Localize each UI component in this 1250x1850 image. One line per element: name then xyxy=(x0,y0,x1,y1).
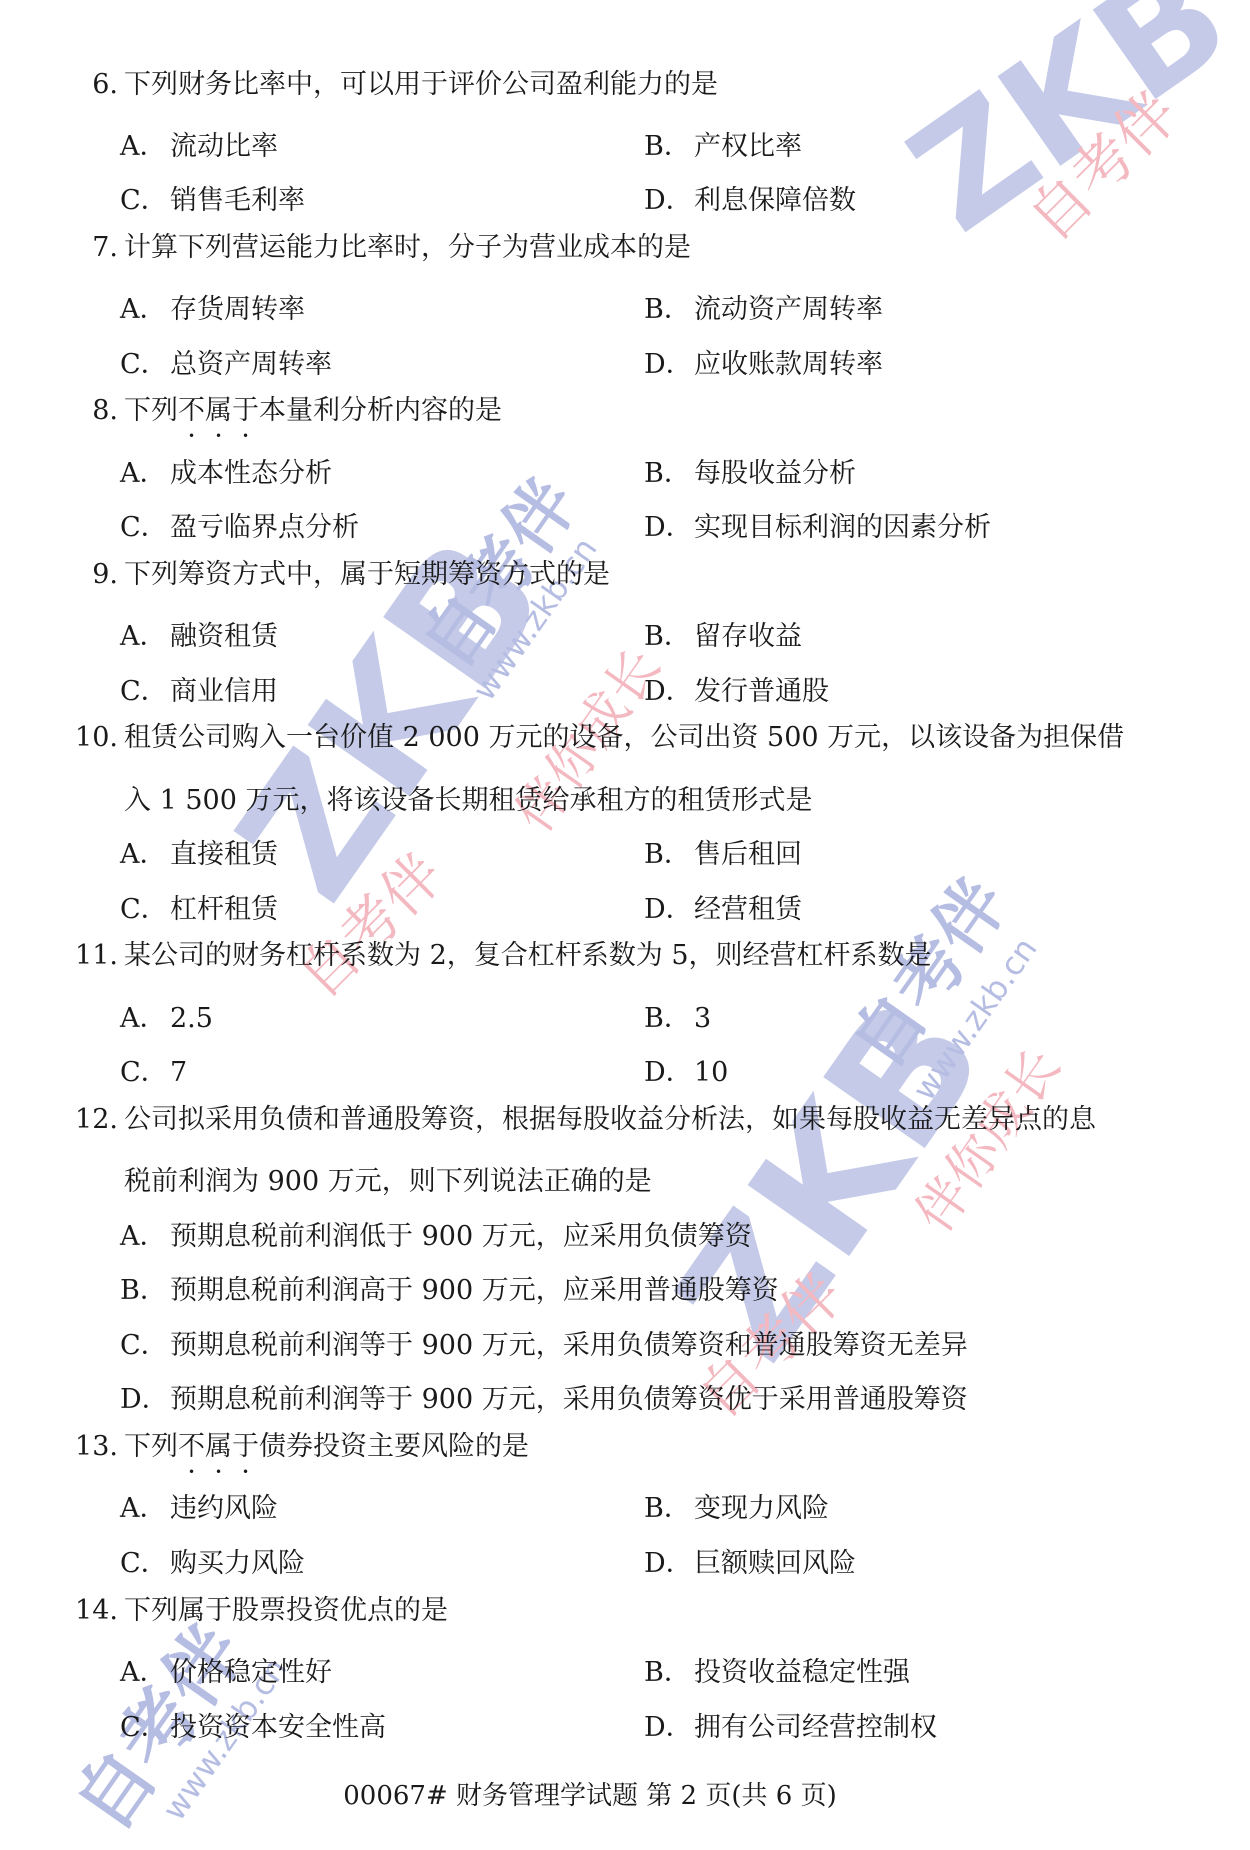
option-text: 流动资产周转率 xyxy=(694,294,883,325)
option-letter: D． xyxy=(644,505,694,544)
q7-option-c: C．总资产周转率 xyxy=(120,342,332,381)
page-footer: 00067# 财务管理学试题 第 2 页(共 6 页) xyxy=(0,1775,1180,1812)
option-letter: B． xyxy=(644,124,694,163)
option-text: 存货周转率 xyxy=(170,294,305,325)
option-letter: B． xyxy=(644,996,694,1035)
option-text: 发行普通股 xyxy=(694,676,829,707)
emphasis-char: 于 xyxy=(232,395,259,426)
option-letter: D． xyxy=(644,887,694,926)
option-letter: B． xyxy=(644,287,694,326)
option-text: 产权比率 xyxy=(694,131,802,162)
option-letter: D． xyxy=(644,1050,694,1089)
option-text: 购买力风险 xyxy=(170,1548,305,1579)
q11-option-d: D．10 xyxy=(644,1050,728,1089)
q8-option-c: C．盈亏临界点分析 xyxy=(120,505,359,544)
q12-option-d: D．预期息税前利润等于 900 万元，采用负债筹资优于采用普通股筹资 xyxy=(120,1377,968,1416)
option-text: 商业信用 xyxy=(170,676,278,707)
option-letter: A． xyxy=(120,832,170,871)
option-letter: C． xyxy=(120,1050,170,1089)
exam-page: 6.下列财务比率中，可以用于评价公司盈利能力的是 A．流动比率 B．产权比率 C… xyxy=(0,0,1250,1850)
question-10-continued: 入 1 500 万元，将该设备长期租赁给承租方的租赁形式是 xyxy=(124,778,812,817)
option-text: 留存收益 xyxy=(694,621,802,652)
q14-option-b: B．投资收益稳定性强 xyxy=(644,1650,910,1689)
question-stem: 下列筹资方式中，属于短期筹资方式的是 xyxy=(124,559,610,590)
q9-option-a: A．融资租赁 xyxy=(120,614,278,653)
q6-option-d: D．利息保障倍数 xyxy=(644,178,856,217)
q7-option-b: B．流动资产周转率 xyxy=(644,287,883,326)
option-letter: C． xyxy=(120,1541,170,1580)
q10-option-b: B．售后租回 xyxy=(644,832,802,871)
emphasis-char: 不 xyxy=(178,395,205,426)
option-text: 直接租赁 xyxy=(170,839,278,870)
option-text: 2.5 xyxy=(170,1003,213,1034)
emphasis-char: 属 xyxy=(205,1431,232,1462)
q9-option-b: B．留存收益 xyxy=(644,614,802,653)
q12-option-a: A．预期息税前利润低于 900 万元，应采用负债筹资 xyxy=(120,1214,752,1253)
option-letter: A． xyxy=(120,287,170,326)
option-text: 拥有公司经营控制权 xyxy=(694,1712,937,1743)
option-text: 售后租回 xyxy=(694,839,802,870)
option-letter: D． xyxy=(644,342,694,381)
option-text: 预期息税前利润等于 900 万元，采用负债筹资优于采用普通股筹资 xyxy=(170,1384,968,1415)
question-stem: 下列财务比率中，可以用于评价公司盈利能力的是 xyxy=(124,69,718,100)
question-stem: 计算下列营运能力比率时，分子为营业成本的是 xyxy=(124,232,691,263)
option-letter: A． xyxy=(120,614,170,653)
q11-option-a: A．2.5 xyxy=(120,996,213,1035)
option-text: 预期息税前利润等于 900 万元，采用负债筹资和普通股筹资无差异 xyxy=(170,1330,968,1361)
question-7: 7.计算下列营运能力比率时，分子为营业成本的是 xyxy=(62,233,691,263)
q14-option-d: D．拥有公司经营控制权 xyxy=(644,1705,937,1744)
question-6: 6.下列财务比率中，可以用于评价公司盈利能力的是 xyxy=(62,70,718,100)
question-number: 14. xyxy=(62,1596,118,1626)
q6-option-b: B．产权比率 xyxy=(644,124,802,163)
option-letter: D． xyxy=(644,178,694,217)
option-text: 预期息税前利润高于 900 万元，应采用普通股筹资 xyxy=(170,1275,779,1306)
emphasis-char: 不 xyxy=(178,1431,205,1462)
option-letter: C． xyxy=(120,342,170,381)
question-9: 9.下列筹资方式中，属于短期筹资方式的是 xyxy=(62,560,610,590)
question-number: 12. xyxy=(62,1105,118,1135)
question-8: 8.下列不属于本量利分析内容的是 xyxy=(62,396,502,426)
option-text: 融资租赁 xyxy=(170,621,278,652)
option-letter: D． xyxy=(644,1705,694,1744)
q9-option-d: D．发行普通股 xyxy=(644,669,829,708)
option-text: 每股收益分析 xyxy=(694,458,856,489)
question-stem: 公司拟采用负债和普通股筹资，根据每股收益分析法，如果每股收益无差异点的息 xyxy=(124,1104,1096,1135)
option-text: 销售毛利率 xyxy=(170,185,305,216)
q10-option-c: C．杠杆租赁 xyxy=(120,887,278,926)
option-letter: A． xyxy=(120,996,170,1035)
option-letter: A． xyxy=(120,1650,170,1689)
q11-option-c: C．7 xyxy=(120,1050,187,1089)
q13-option-c: C．购买力风险 xyxy=(120,1541,305,1580)
q10-option-a: A．直接租赁 xyxy=(120,832,278,871)
q10-option-d: D．经营租赁 xyxy=(644,887,802,926)
question-stem: 某公司的财务杠杆系数为 2，复合杠杆系数为 5，则经营杠杆系数是 xyxy=(124,940,932,971)
option-text: 投资资本安全性高 xyxy=(170,1712,386,1743)
q13-option-b: B．变现力风险 xyxy=(644,1486,829,1525)
option-letter: C． xyxy=(120,1705,170,1744)
q6-option-c: C．销售毛利率 xyxy=(120,178,305,217)
question-12: 12.公司拟采用负债和普通股筹资，根据每股收益分析法，如果每股收益无差异点的息 xyxy=(62,1105,1096,1135)
option-text: 变现力风险 xyxy=(694,1493,829,1524)
option-letter: A． xyxy=(120,451,170,490)
question-number: 11. xyxy=(62,941,118,971)
option-text: 利息保障倍数 xyxy=(694,185,856,216)
question-number: 7. xyxy=(62,233,118,263)
option-letter: D． xyxy=(644,669,694,708)
option-text: 应收账款周转率 xyxy=(694,349,883,380)
option-letter: C． xyxy=(120,1323,170,1362)
option-text: 违约风险 xyxy=(170,1493,278,1524)
option-text: 总资产周转率 xyxy=(170,349,332,380)
option-text: 实现目标利润的因素分析 xyxy=(694,512,991,543)
option-letter: C． xyxy=(120,669,170,708)
option-letter: B． xyxy=(644,832,694,871)
option-text: 盈亏临界点分析 xyxy=(170,512,359,543)
question-number: 13. xyxy=(62,1432,118,1462)
option-letter: B． xyxy=(644,1650,694,1689)
question-13: 13.下列不属于债券投资主要风险的是 xyxy=(62,1432,529,1462)
question-number: 6. xyxy=(62,70,118,100)
option-letter: D． xyxy=(644,1541,694,1580)
option-letter: A． xyxy=(120,1214,170,1253)
option-letter: A． xyxy=(120,1486,170,1525)
question-number: 8. xyxy=(62,396,118,426)
question-stem-post: 债券投资主要风险的是 xyxy=(259,1431,529,1462)
option-letter: C． xyxy=(120,887,170,926)
option-letter: B． xyxy=(120,1268,170,1307)
q13-option-d: D．巨额赎回风险 xyxy=(644,1541,856,1580)
q8-option-a: A．成本性态分析 xyxy=(120,451,332,490)
option-letter: B． xyxy=(644,614,694,653)
option-text: 价格稳定性好 xyxy=(170,1657,332,1688)
option-text: 成本性态分析 xyxy=(170,458,332,489)
option-text: 投资收益稳定性强 xyxy=(694,1657,910,1688)
option-text: 预期息税前利润低于 900 万元，应采用负债筹资 xyxy=(170,1221,752,1252)
q7-option-a: A．存货周转率 xyxy=(120,287,305,326)
q11-option-b: B．3 xyxy=(644,996,711,1035)
question-number: 10. xyxy=(62,723,118,753)
question-11: 11.某公司的财务杠杆系数为 2，复合杠杆系数为 5，则经营杠杆系数是 xyxy=(62,941,932,971)
q12-option-b: B．预期息税前利润高于 900 万元，应采用普通股筹资 xyxy=(120,1268,779,1307)
q8-option-d: D．实现目标利润的因素分析 xyxy=(644,505,991,544)
q9-option-c: C．商业信用 xyxy=(120,669,278,708)
question-stem-pre: 下列 xyxy=(124,1431,178,1462)
option-letter: C． xyxy=(120,178,170,217)
option-text: 流动比率 xyxy=(170,131,278,162)
question-stem: 下列属于股票投资优点的是 xyxy=(124,1595,448,1626)
question-12-continued: 税前利润为 900 万元，则下列说法正确的是 xyxy=(124,1159,652,1198)
question-number: 9. xyxy=(62,560,118,590)
q13-option-a: A．违约风险 xyxy=(120,1486,278,1525)
option-letter: C． xyxy=(120,505,170,544)
question-14: 14.下列属于股票投资优点的是 xyxy=(62,1596,448,1626)
emphasis-char: 属 xyxy=(205,395,232,426)
option-letter: A． xyxy=(120,124,170,163)
option-text: 巨额赎回风险 xyxy=(694,1548,856,1579)
q14-option-a: A．价格稳定性好 xyxy=(120,1650,332,1689)
option-letter: B． xyxy=(644,451,694,490)
option-text: 10 xyxy=(694,1057,728,1088)
question-10: 10.租赁公司购入一台价值 2 000 万元的设备，公司出资 500 万元，以该… xyxy=(62,723,1124,753)
q8-option-b: B．每股收益分析 xyxy=(644,451,856,490)
option-letter: B． xyxy=(644,1486,694,1525)
q7-option-d: D．应收账款周转率 xyxy=(644,342,883,381)
option-text: 杠杆租赁 xyxy=(170,894,278,925)
option-text: 经营租赁 xyxy=(694,894,802,925)
option-text: 7 xyxy=(170,1057,187,1088)
question-stem-post: 本量利分析内容的是 xyxy=(259,395,502,426)
q14-option-c: C．投资资本安全性高 xyxy=(120,1705,386,1744)
emphasis-char: 于 xyxy=(232,1431,259,1462)
question-stem: 租赁公司购入一台价值 2 000 万元的设备，公司出资 500 万元，以该设备为… xyxy=(124,722,1124,753)
q12-option-c: C．预期息税前利润等于 900 万元，采用负债筹资和普通股筹资无差异 xyxy=(120,1323,968,1362)
option-letter: D． xyxy=(120,1377,170,1416)
option-text: 3 xyxy=(694,1003,711,1034)
q6-option-a: A．流动比率 xyxy=(120,124,278,163)
question-stem-pre: 下列 xyxy=(124,395,178,426)
